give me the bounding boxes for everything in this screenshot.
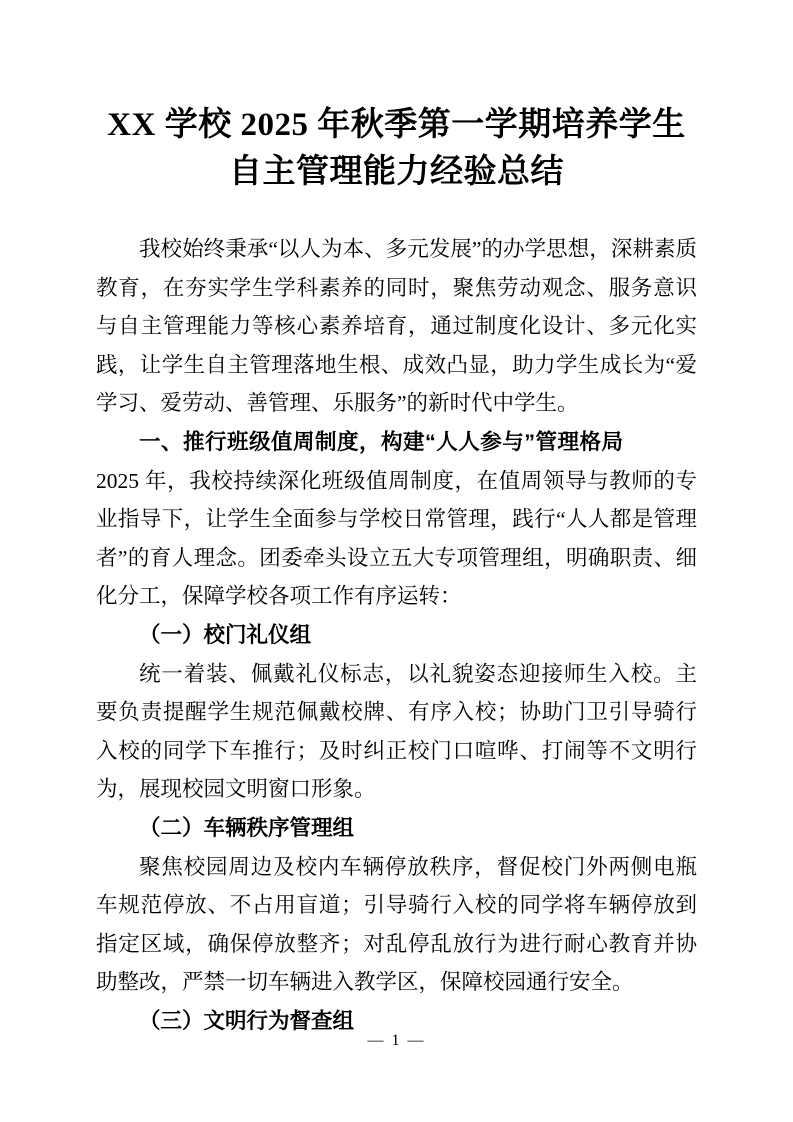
section-1-heading: 一、推行班级值周制度，构建“人人参与”管理格局 [96, 423, 697, 462]
subsection-2-paragraph: 聚焦校园周边及校内车辆停放秩序，督促校门外两侧电瓶车规范停放、不占用盲道；引导骑… [96, 848, 697, 1002]
subsection-1-paragraph: 统一着装、佩戴礼仪标志，以礼貌姿态迎接师生入校。主要负责提醒学生规范佩戴校牌、有… [96, 655, 697, 809]
intro-paragraph: 我校始终秉承“以人为本、多元发展”的办学思想，深耕素质教育，在夯实学生学科素养的… [96, 230, 697, 423]
document-page: XX 学校 2025 年秋季第一学期培养学生自主管理能力经验总结 我校始终秉承“… [0, 0, 793, 1122]
section-1-paragraph: 2025 年，我校持续深化班级值周制度，在值周领导与教师的专业指导下，让学生全面… [96, 462, 697, 616]
document-title: XX 学校 2025 年秋季第一学期培养学生自主管理能力经验总结 [96, 102, 697, 196]
page-number: — 1 — [0, 1031, 793, 1051]
subsection-2-heading: （二）车辆秩序管理组 [96, 809, 697, 848]
subsection-1-heading: （一）校门礼仪组 [96, 616, 697, 655]
